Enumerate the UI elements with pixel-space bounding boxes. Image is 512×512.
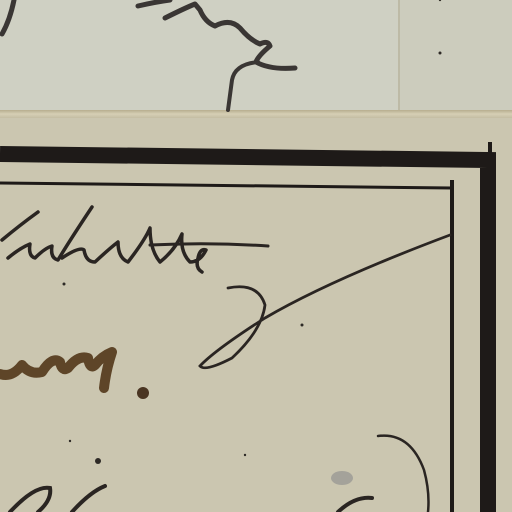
document-photo: Schultes	[0, 0, 512, 512]
ink-layer	[0, 0, 512, 512]
handwriting-um	[0, 352, 112, 388]
paper-specks	[63, 0, 442, 464]
period-dot	[137, 387, 149, 399]
flourish	[200, 235, 450, 368]
handwriting-schultes	[2, 207, 268, 272]
top-handwriting	[2, 0, 295, 110]
ink-smudge	[331, 471, 353, 485]
bottom-handwriting	[10, 436, 429, 512]
